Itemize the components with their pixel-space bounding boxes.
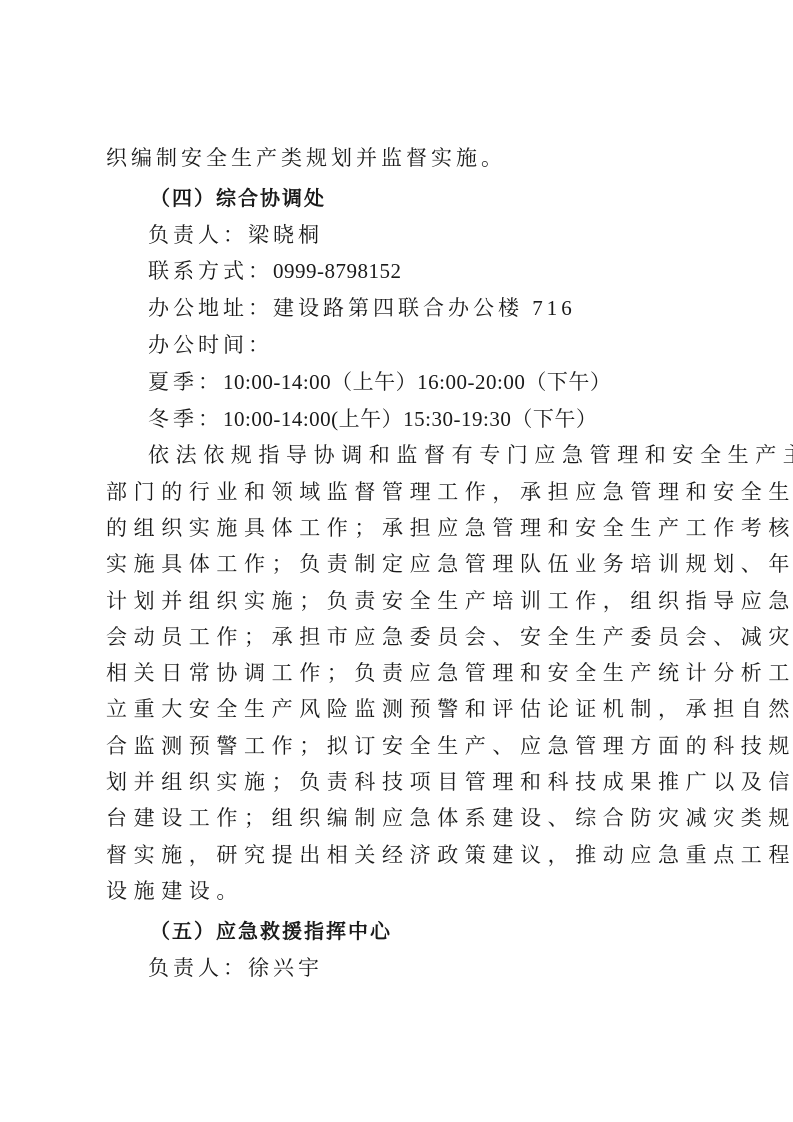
paragraph-line: 相关日常协调工作；负责应急管理和安全生产统计分析工作；建 bbox=[106, 655, 691, 691]
paragraph-line: 计划并组织实施；负责安全生产培训工作，组织指导应急管理社 bbox=[106, 583, 691, 619]
section-5-responsible: 负责人：徐兴宇 bbox=[106, 950, 691, 987]
contact-label: 联系方式： bbox=[148, 259, 273, 283]
section-4-responsible: 负责人：梁晓桐 bbox=[106, 217, 691, 254]
summer-hours-value: 10:00-14:00（上午）16:00-20:00（下午） bbox=[223, 370, 611, 394]
address-value: 建设路第四联合办公楼 716 bbox=[273, 296, 576, 320]
section-4-winter-hours: 冬季：10:00-14:00(上午）15:30-19:30（下午） bbox=[106, 401, 691, 438]
winter-hours-value: 10:00-14:00(上午）15:30-19:30（下午） bbox=[223, 407, 597, 431]
paragraph-line: 合监测预警工作；拟订安全生产、应急管理方面的科技规划、计 bbox=[106, 728, 691, 764]
summer-label: 夏季： bbox=[148, 370, 223, 394]
section-4-duties-paragraph: 依法依规指导协调和监督有专门应急管理和安全生产主管 部门的行业和领域监督管理工作… bbox=[106, 437, 691, 909]
contact-phone: 0999-8798152 bbox=[273, 259, 402, 283]
section-4-address: 办公地址：建设路第四联合办公楼 716 bbox=[106, 290, 691, 327]
responsible-label: 负责人： bbox=[148, 956, 248, 980]
continuation-line: 织编制安全生产类规划并监督实施。 bbox=[106, 140, 691, 177]
section-4-hours-label: 办公时间： bbox=[106, 327, 691, 364]
section-5-heading: （五）应急救援指挥中心 bbox=[106, 913, 691, 950]
responsible-name: 徐兴宇 bbox=[248, 956, 323, 980]
paragraph-line: 划并组织实施；负责科技项目管理和科技成果推广以及信息化平 bbox=[106, 764, 691, 800]
paragraph-line: 实施具体工作；负责制定应急管理队伍业务培训规划、年度培训 bbox=[106, 546, 691, 582]
responsible-name: 梁晓桐 bbox=[248, 223, 323, 247]
section-4-contact: 联系方式：0999-8798152 bbox=[106, 253, 691, 290]
address-label: 办公地址： bbox=[148, 296, 273, 320]
paragraph-line: 督实施，研究提出相关经济政策建议，推动应急重点工程和避难 bbox=[106, 837, 691, 873]
paragraph-line: 的组织实施具体工作；承担应急管理和安全生产工作考核的组织 bbox=[106, 510, 691, 546]
winter-label: 冬季： bbox=[148, 407, 223, 431]
paragraph-line: 会动员工作；承担市应急委员会、安全生产委员会、减灾委员会 bbox=[106, 619, 691, 655]
paragraph-line: 设施建设。 bbox=[106, 873, 691, 909]
paragraph-line: 台建设工作；组织编制应急体系建设、综合防灾减灾类规划并监 bbox=[106, 800, 691, 836]
paragraph-line: 部门的行业和领域监督管理工作，承担应急管理和安全生产巡查 bbox=[106, 474, 691, 510]
document-page: 织编制安全生产类规划并监督实施。 （四）综合协调处 负责人：梁晓桐 联系方式：0… bbox=[106, 140, 691, 987]
paragraph-line: 立重大安全生产风险监测预警和评估论证机制，承担自然灾害综 bbox=[106, 691, 691, 727]
responsible-label: 负责人： bbox=[148, 223, 248, 247]
paragraph-line: 依法依规指导协调和监督有专门应急管理和安全生产主管 bbox=[106, 437, 691, 473]
section-4-summer-hours: 夏季：10:00-14:00（上午）16:00-20:00（下午） bbox=[106, 364, 691, 401]
section-4-heading: （四）综合协调处 bbox=[106, 180, 691, 217]
